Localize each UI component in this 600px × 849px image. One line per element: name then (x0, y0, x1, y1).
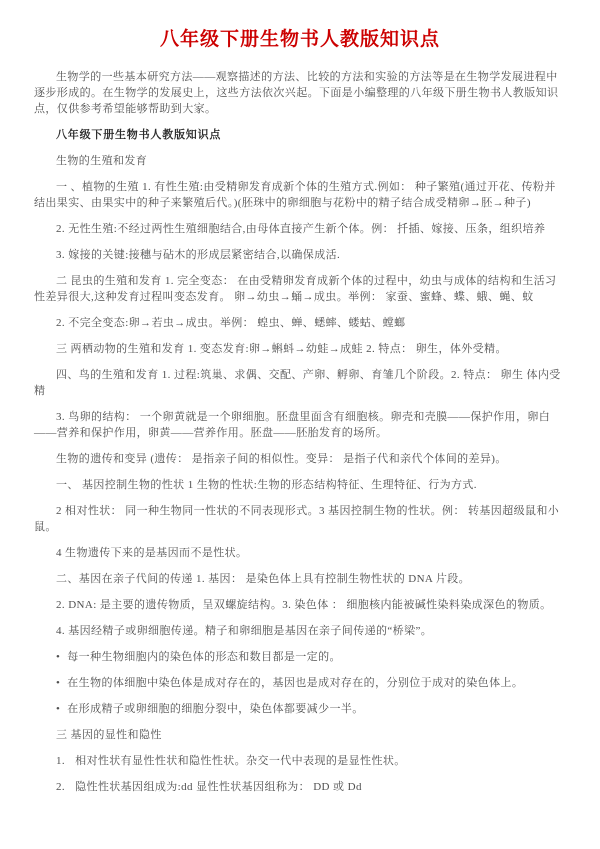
paragraph-gene-controls-traits: 一、 基因控制生物的性状 1 生物的性状:生物的形态结构特征、生理特征、行为方式… (34, 477, 566, 493)
paragraph-bird-egg-structure: 3. 鸟卵的结构： 一个卵黄就是一个卵细胞。胚盘里面含有细胞核。卵壳和壳膜——保… (34, 409, 566, 441)
paragraph-grafting-key: 3. 嫁接的关键:接穗与砧木的形成层紧密结合,以确保成活. (34, 247, 566, 263)
intro-paragraph: 生物学的一些基本研究方法——观察描述的方法、比较的方法和实验的方法等是在生物学发… (34, 69, 566, 117)
numbered-item-genotypes: 2.隐性性状基因组成为:dd 显性性状基因组称为： DD 或 Dd (34, 779, 566, 795)
bullet-item-chromosome-count: •每一种生物细胞内的染色体的形态和数目都是一定的。 (34, 649, 566, 665)
paragraph-asexual-reproduction: 2. 无性生殖:不经过两性生殖细胞结合,由母体直接产生新个体。例： 扦插、嫁接、… (34, 221, 566, 237)
bold-heading: 八年级下册生物书人教版知识点 (34, 127, 566, 143)
paragraph-relative-traits: 2 相对性状： 同一种生物同一性状的不同表现形式。3 基因控制生物的性状。例： … (34, 503, 566, 535)
bullet-icon: • (56, 677, 67, 689)
paragraph-incomplete-metamorphosis: 2. 不完全变态:卵→若虫→成虫。举例： 蝗虫、蝉、蟋蟀、蝼蛄、螳螂 (34, 315, 566, 331)
list-number: 2. (56, 781, 75, 793)
section-heading-dominance: 三 基因的显性和隐性 (34, 727, 566, 743)
bullet-item-chromosome-pairs: •在生物的体细胞中染色体是成对存在的，基因也是成对存在的，分别位于成对的染色体上… (34, 675, 566, 691)
paragraph-bird-development: 四、鸟的生殖和发育 1. 过程:筑巢、求偶、交配、产卵、孵卵、育雏几个阶段。2.… (34, 367, 566, 399)
section-heading-reproduction: 生物的生殖和发育 (34, 153, 566, 169)
numbered-text: 相对性状有显性性状和隐性性状。杂交一代中表现的是显性性状。 (75, 755, 406, 767)
bullet-icon: • (56, 703, 67, 715)
paragraph-plant-reproduction: 一 、植物的生殖 1. 有性生殖:由受精卵发育成新个体的生殖方式.例如： 种子繁… (34, 179, 566, 211)
paragraph-gene-bridge: 4. 基因经精子或卵细胞传递。精子和卵细胞是基因在亲子间传递的“桥梁”。 (34, 623, 566, 639)
bullet-item-chromosome-halving: •在形成精子或卵细胞的细胞分裂中，染色体都要减少一半。 (34, 701, 566, 717)
paragraph-genes-inherited: 4 生物遗传下来的是基因而不是性状。 (34, 545, 566, 561)
paragraph-insect-development: 二 昆虫的生殖和发育 1. 完全变态： 在由受精卵发育成新个体的过程中，幼虫与成… (34, 273, 566, 305)
bullet-text: 每一种生物细胞内的染色体的形态和数目都是一定的。 (67, 651, 341, 663)
paragraph-amphibian-development: 三 两栖动物的生殖和发育 1. 变态发育:卵→蝌蚪→幼蛙→成蛙 2. 特点： 卵… (34, 341, 566, 357)
numbered-text: 隐性性状基因组成为:dd 显性性状基因组称为： DD 或 Dd (75, 781, 362, 793)
paragraph-dna-chromosome: 2. DNA: 是主要的遗传物质，呈双螺旋结构。3. 染色体 ： 细胞核内能被碱… (34, 597, 566, 613)
list-number: 1. (56, 755, 75, 767)
numbered-item-dominant-traits: 1.相对性状有显性性状和隐性性状。杂交一代中表现的是显性性状。 (34, 753, 566, 769)
section-heading-heredity: 生物的遗传和变异 (遗传： 是指亲子间的相似性。变异： 是指子代和亲代个体间的差… (34, 451, 566, 467)
bullet-text: 在形成精子或卵细胞的细胞分裂中，染色体都要减少一半。 (67, 703, 363, 715)
document-title: 八年级下册生物书人教版知识点 (34, 24, 566, 51)
document-page: 八年级下册生物书人教版知识点 生物学的一些基本研究方法——观察描述的方法、比较的… (0, 0, 600, 849)
paragraph-gene-transmission: 二、基因在亲子代间的传递 1. 基因： 是染色体上具有控制生物性状的 DNA 片… (34, 571, 566, 587)
bullet-text: 在生物的体细胞中染色体是成对存在的，基因也是成对存在的，分别位于成对的染色体上。 (67, 677, 523, 689)
bullet-icon: • (56, 651, 67, 663)
